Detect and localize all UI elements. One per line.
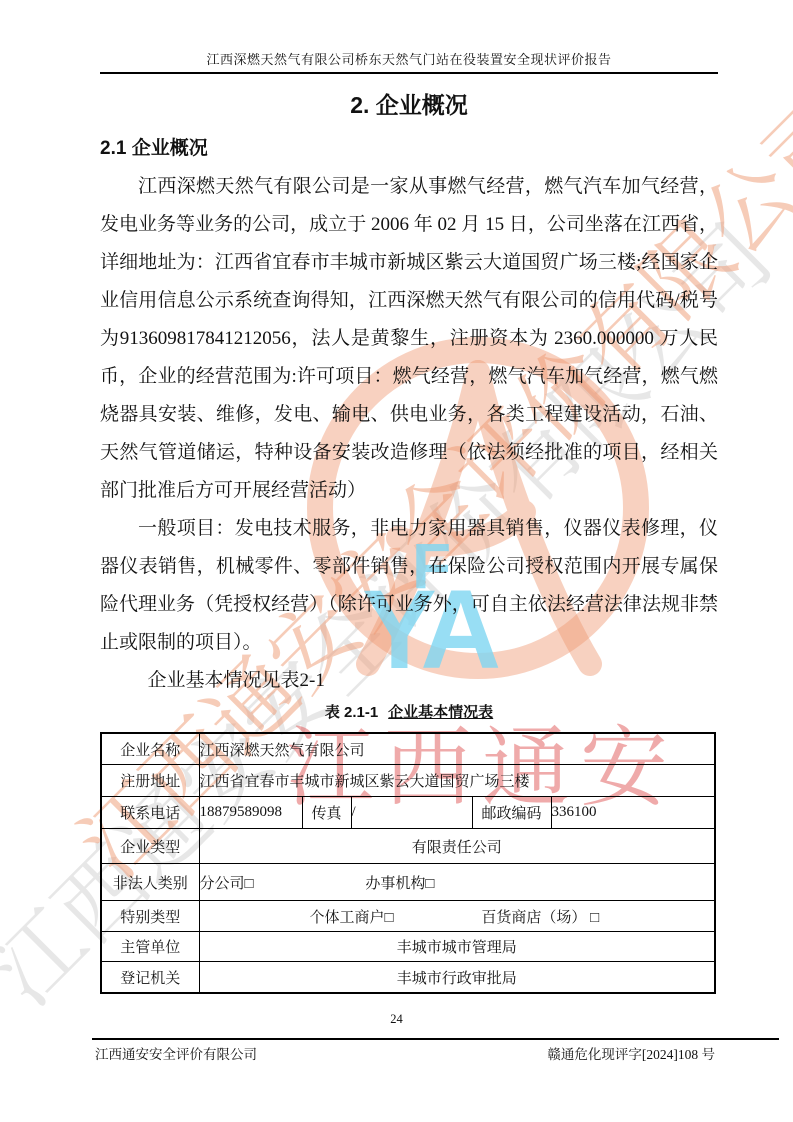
- row-value: 有限责任公司: [199, 829, 715, 864]
- section-title: 2. 企业概况: [100, 90, 718, 120]
- row-value: 分公司□ 办事机构□: [199, 864, 715, 901]
- page-number: 24: [0, 1012, 793, 1027]
- zip-label: 邮政编码: [472, 797, 551, 829]
- row-label: 特别类型: [101, 901, 199, 932]
- zip-value: 336100: [551, 797, 715, 829]
- table-row-nonlegal: 非法人类别 分公司□ 办事机构□: [101, 864, 715, 901]
- table-row-registrar: 登记机关 丰城市行政审批局: [101, 962, 715, 994]
- fax-label: 传真: [302, 797, 351, 829]
- option-branch: 分公司□: [200, 876, 254, 892]
- paragraph-company-intro: 江西深燃天然气有限公司是一家从事燃气经营，燃气汽车加气经营，发电业务等业务的公司…: [100, 168, 718, 510]
- document-body: 2. 企业概况 2.1 企业概况 江西深燃天然气有限公司是一家从事燃气经营，燃气…: [100, 90, 718, 994]
- option-store: 百货商店（场） □: [481, 910, 599, 926]
- table-row-supervisor: 主管单位 丰城市城市管理局: [101, 932, 715, 962]
- paragraphs: 江西深燃天然气有限公司是一家从事燃气经营，燃气汽车加气经营，发电业务等业务的公司…: [100, 168, 718, 700]
- company-info-table: 企业名称 江西深燃天然气有限公司 注册地址 江西省宜春市丰城市新城区紫云大道国贸…: [100, 732, 716, 994]
- row-value: 江西省宜春市丰城市新城区紫云大道国贸广场三楼: [199, 765, 715, 797]
- table-row-special: 特别类型 个体工商户□ 百货商店（场） □: [101, 901, 715, 932]
- paragraph-general-items: 一般项目：发电技术服务，非电力家用器具销售，仪器仪表修理，仪器仪表销售，机械零件…: [100, 510, 718, 662]
- row-label: 非法人类别: [101, 864, 199, 901]
- row-label: 注册地址: [101, 765, 199, 797]
- row-label: 主管单位: [101, 932, 199, 962]
- row-value: 丰城市行政审批局: [199, 962, 715, 994]
- page-header-title: 江西深燃天然气有限公司桥东天然气门站在役装置安全现状评价报告: [100, 49, 718, 68]
- row-value: 江西深燃天然气有限公司: [199, 733, 715, 765]
- report-page: 江西通安安全评价有限公司 江西通安安全评价有限公司 F YA 江西通安 江西深燃…: [0, 0, 793, 1122]
- option-individual: 个体工商户□: [310, 910, 394, 926]
- paragraph-see-table: 企业基本情况见表2-1: [100, 662, 718, 700]
- table-row-type: 企业类型 有限责任公司: [101, 829, 715, 864]
- footer-doc-number: 赣通危化现评字[2024]108 号: [547, 1043, 715, 1063]
- row-value: 丰城市城市管理局: [199, 932, 715, 962]
- table-caption: 表 2.1-1企业基本情况表: [100, 702, 718, 724]
- table-caption-title: 企业基本情况表: [388, 704, 493, 721]
- row-label: 企业名称: [101, 733, 199, 765]
- row-label: 企业类型: [101, 829, 199, 864]
- row-label: 联系电话: [101, 797, 199, 829]
- table-row-phone: 联系电话 18879589098 传真 / 邮政编码 336100: [101, 797, 715, 829]
- phone-value: 18879589098: [199, 797, 302, 829]
- table-row-name: 企业名称 江西深燃天然气有限公司: [101, 733, 715, 765]
- page-content: 江西深燃天然气有限公司桥东天然气门站在役装置安全现状评价报告 2. 企业概况 2…: [0, 0, 793, 1122]
- table-row-address: 注册地址 江西省宜春市丰城市新城区紫云大道国贸广场三楼: [101, 765, 715, 797]
- footer-company: 江西通安安全评价有限公司: [95, 1043, 257, 1063]
- row-label: 登记机关: [101, 962, 199, 994]
- footer-rule: [92, 1038, 779, 1040]
- option-office: 办事机构□: [365, 876, 434, 892]
- table-caption-number: 表 2.1-1: [325, 704, 378, 721]
- header-rule: [100, 72, 718, 74]
- row-value: 个体工商户□ 百货商店（场） □: [199, 901, 715, 932]
- section-subtitle: 2.1 企业概况: [100, 136, 718, 162]
- fax-value: /: [351, 797, 472, 829]
